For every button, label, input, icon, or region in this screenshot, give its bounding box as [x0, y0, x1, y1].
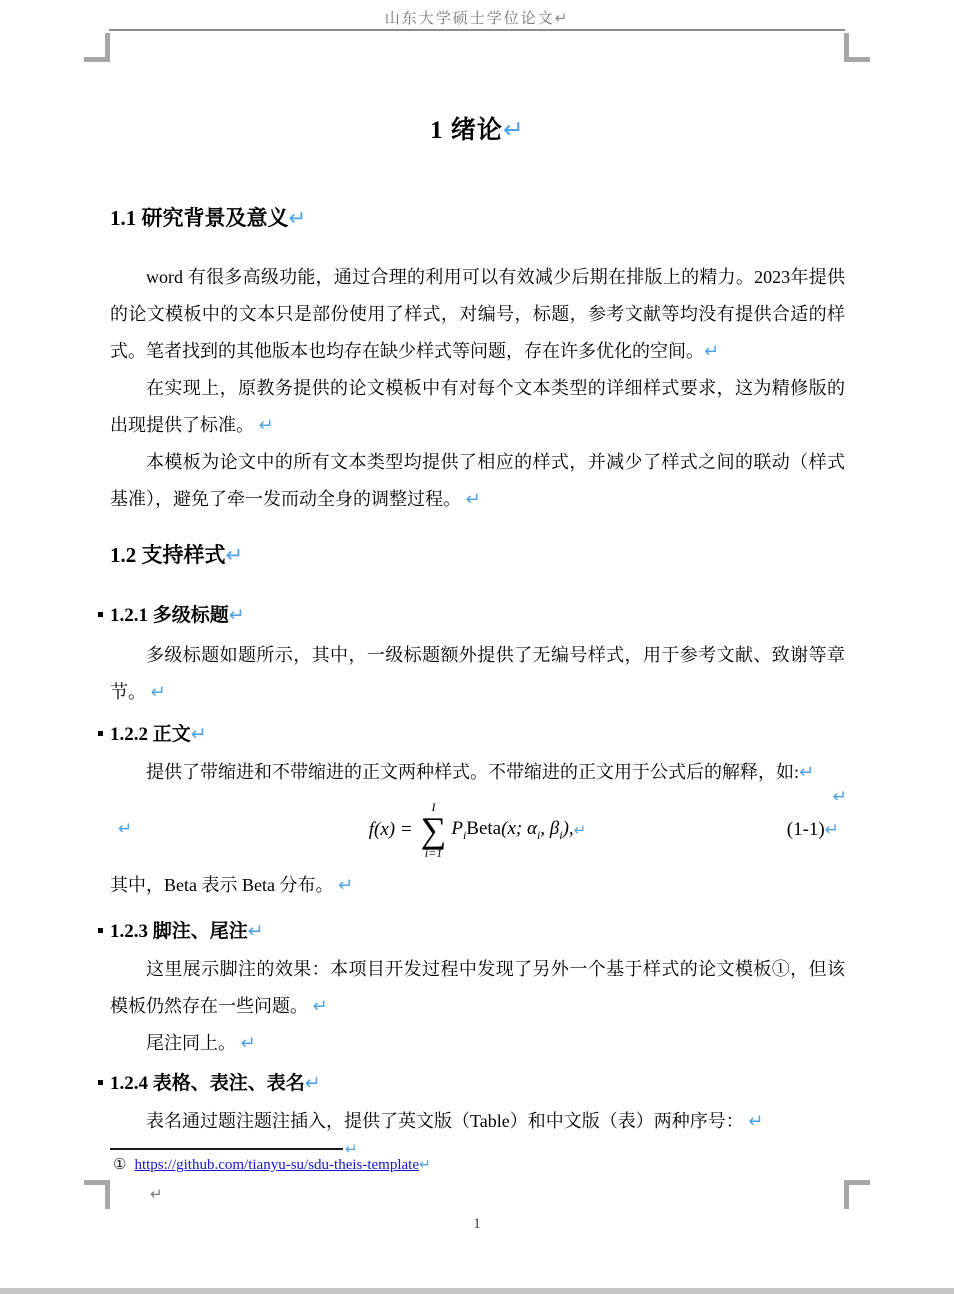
paragraph-text: 表名通过题注题注插入，提供了英文版（Table）和中文版（表）两种序号：	[146, 1111, 744, 1131]
page-bottom-edge	[0, 1288, 954, 1294]
heading-1-2-3-text: 1.2.3 脚注、尾注	[110, 921, 248, 942]
heading-1-2-1: 1.2.1 多级标题↵	[110, 602, 845, 629]
paragraph: 多级标题如题所示，其中，一级标题额外提供了无编号样式，用于参考文献、致谢等章节。…	[110, 637, 845, 711]
beta-args: , β	[540, 818, 559, 839]
paragraph: 在实现上，原教务提供的论文模板中有对每个文本类型的详细样式要求，这为精修版的出现…	[110, 370, 845, 444]
page-header: 山东大学硕士学位论文↵	[0, 7, 954, 28]
paragraph-text: 尾注同上。	[146, 1033, 236, 1053]
paragraph-text: 其中，Beta 表示 Beta 分布。	[110, 875, 333, 895]
pilcrow-mark: ↵	[241, 1033, 256, 1054]
footnote-marker: ①	[113, 1157, 126, 1173]
summation-symbol: I ∑ i=1	[421, 801, 447, 859]
pilcrow-mark: ↵	[419, 1157, 431, 1173]
pilcrow-mark: ↵	[313, 996, 328, 1017]
paragraph: 本模板为论文中的所有文本类型均提供了相应的样式，并减少了样式之间的联动（样式基准…	[110, 444, 845, 518]
pilcrow-mark: ↵	[191, 723, 207, 745]
pilcrow-mark: ↵	[503, 115, 525, 144]
heading-1-2-3: 1.2.3 脚注、尾注↵	[110, 918, 845, 945]
document-body: 1 绪论↵ 1.1 研究背景及意义↵ word 有很多高级功能，通过合理的利用可…	[110, 60, 845, 1140]
equation-number: (1-1)↵	[787, 819, 839, 841]
sigma-icon: ∑	[421, 813, 447, 847]
footnote-link[interactable]: https://github.com/tianyu-su/sdu-theis-t…	[134, 1157, 419, 1173]
pilcrow-mark: ↵	[248, 920, 264, 942]
heading-1-2-text: 1.2 支持样式	[110, 543, 226, 567]
pilcrow-mark: ↵	[305, 1072, 321, 1094]
equation-coefficient: Pi	[451, 818, 466, 839]
paragraph: 提供了带缩进和不带缩进的正文两种样式。不带缩进的正文用于公式后的解释，如:↵	[110, 754, 845, 791]
chapter-title: 1 绪论↵	[110, 112, 845, 149]
sum-lower-limit: i=1	[425, 847, 442, 859]
crop-mark-bottom-left	[84, 1180, 110, 1209]
style-square-bullet-icon	[98, 731, 103, 736]
style-square-bullet-icon	[98, 928, 103, 933]
paragraph-text: 提供了带缩进和不带缩进的正文两种样式。不带缩进的正文用于公式后的解释，如:	[146, 762, 799, 782]
header-rule	[109, 29, 845, 31]
header-title: 山东大学硕士学位论文	[385, 11, 555, 27]
pilcrow-mark: ↵	[748, 1111, 763, 1132]
pilcrow-mark: ↵	[289, 206, 307, 230]
equation-rhs: PiBeta(x; αi, βi),	[451, 818, 573, 843]
style-square-bullet-icon	[98, 1080, 103, 1085]
pilcrow-mark: ↵	[825, 820, 839, 840]
paragraph: 其中，Beta 表示 Beta 分布。 ↵	[110, 867, 845, 904]
pilcrow-mark: ↵	[338, 875, 353, 896]
equation-block: ↵ ↵ f(x) = I ∑ i=1 PiBeta(x; αi, βi),↵ (…	[110, 793, 845, 867]
pilcrow-mark: ↵	[226, 543, 244, 567]
pilcrow-mark: ↵	[704, 341, 719, 362]
pilcrow-mark: ↵	[259, 415, 274, 436]
paragraph-text: word 有很多高级功能，通过合理的利用可以有效减少后期在排版上的精力。2023…	[110, 267, 845, 361]
paragraph: 这里展示脚注的效果：本项目开发过程中发现了另外一个基于样式的论文模板①，但该模板…	[110, 951, 845, 1025]
pilcrow-mark: ↵	[151, 682, 166, 703]
pilcrow-mark: ↵	[466, 489, 481, 510]
crop-mark-top-right	[844, 33, 870, 62]
style-square-bullet-icon	[98, 612, 103, 617]
paragraph: 表名通过题注题注插入，提供了英文版（Table）和中文版（表）两种序号： ↵	[110, 1103, 845, 1140]
equation-formula: f(x) = I ∑ i=1 PiBeta(x; αi, βi),↵	[110, 793, 845, 867]
paragraph-text: 这里展示脚注的效果：本项目开发过程中发现了另外一个基于样式的论文模板①，但该模板…	[110, 959, 845, 1016]
crop-mark-bottom-right	[844, 1180, 870, 1209]
heading-1-1: 1.1 研究背景及意义↵	[110, 203, 845, 233]
paragraph-text: 多级标题如题所示，其中，一级标题额外提供了无编号样式，用于参考文献、致谢等章节。	[110, 645, 845, 702]
crop-mark-top-left	[84, 33, 110, 62]
paragraph: 尾注同上。 ↵	[110, 1025, 845, 1062]
heading-1-2-1-text: 1.2.1 多级标题	[110, 605, 229, 626]
page-number: 1	[0, 1216, 954, 1233]
coef-symbol: P	[451, 818, 463, 839]
paragraph: word 有很多高级功能，通过合理的利用可以有效减少后期在排版上的精力。2023…	[110, 259, 845, 370]
pilcrow-mark: ↵	[574, 821, 587, 839]
heading-1-2-2: 1.2.2 正文↵	[110, 721, 845, 748]
heading-1-2: 1.2 支持样式↵	[110, 540, 845, 570]
equation-number-text: (1-1)	[787, 819, 825, 840]
footnote-rule	[110, 1148, 343, 1150]
pilcrow-mark: ↵	[555, 9, 570, 27]
chapter-title-text: 1 绪论	[430, 117, 503, 144]
pilcrow-mark: ↵	[150, 1185, 163, 1203]
beta-args: ),	[563, 818, 574, 839]
footnote: ①https://github.com/tianyu-su/sdu-theis-…	[113, 1155, 431, 1174]
heading-1-2-4: 1.2.4 表格、表注、表名↵	[110, 1070, 845, 1097]
beta-args: (x; α	[501, 818, 537, 839]
equation-lhs: f(x) =	[369, 819, 413, 841]
beta-function-name: Beta	[466, 818, 501, 839]
heading-1-2-4-text: 1.2.4 表格、表注、表名	[110, 1073, 305, 1094]
pilcrow-mark: ↵	[229, 604, 245, 626]
heading-1-1-text: 1.1 研究背景及意义	[110, 206, 289, 230]
pilcrow-mark: ↵	[799, 762, 814, 783]
paragraph-text: 在实现上，原教务提供的论文模板中有对每个文本类型的详细样式要求，这为精修版的出现…	[110, 378, 845, 435]
heading-1-2-2-text: 1.2.2 正文	[110, 724, 191, 745]
